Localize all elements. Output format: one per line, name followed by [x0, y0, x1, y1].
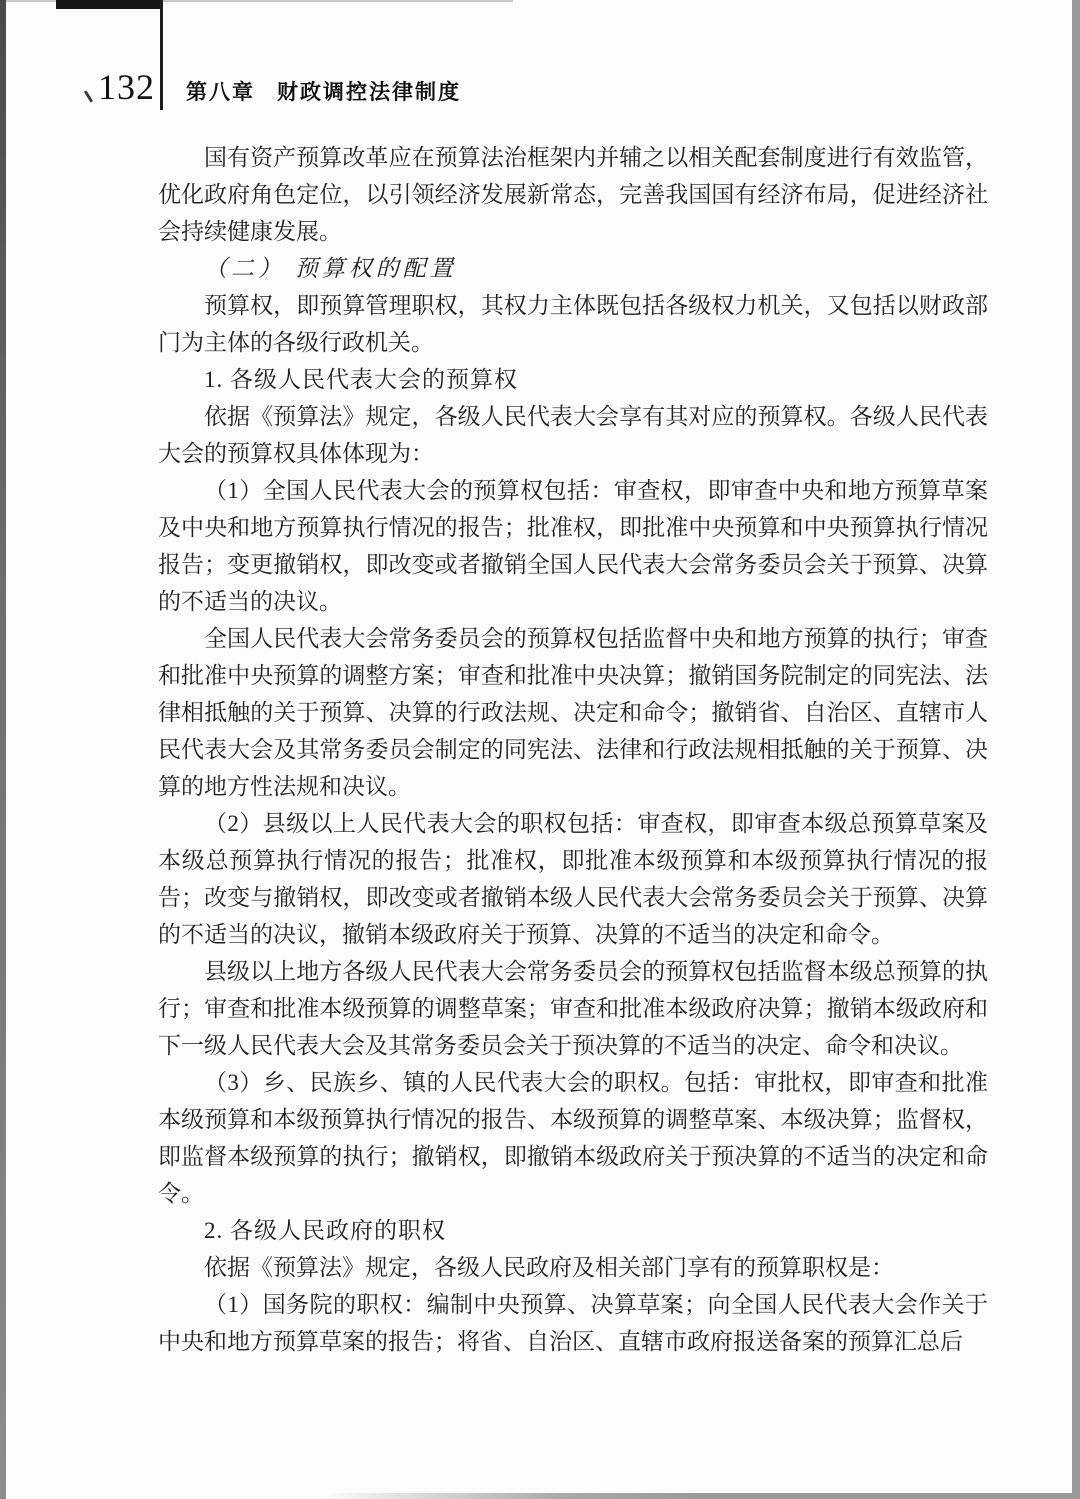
paragraph: 预算权，即预算管理职权，其权力主体既包括各级权力机关，又包括以财政部门为主体的各… — [158, 287, 988, 361]
scan-left-edge — [0, 0, 6, 1499]
paragraph: 县级以上地方各级人民代表大会常务委员会的预算权包括监督本级总预算的执行；审查和批… — [158, 953, 988, 1064]
scan-bottom-edge — [0, 1493, 1080, 1499]
paragraph: （2）县级以上人民代表大会的职权包括：审查权，即审查本级总预算草案及本级总预算执… — [158, 805, 988, 953]
numbered-heading: 2. 各级人民政府的职权 — [158, 1212, 988, 1249]
section-heading: （二） 预算权的配置 — [158, 250, 988, 287]
scan-right-edge — [1072, 0, 1080, 1499]
running-header: 第八章财政调控法律制度 — [186, 76, 461, 106]
numbered-heading: 1. 各级人民代表大会的预算权 — [158, 361, 988, 398]
book-page: 132 第八章财政调控法律制度 国有资产预算改革应在预算法治框架内并辅之以相关配… — [0, 0, 1080, 1499]
paragraph: （1）全国人民代表大会的预算权包括：审查权，即审查中央和地方预算草案及中央和地方… — [158, 472, 988, 620]
chapter-label: 第八章 — [186, 81, 255, 104]
scan-top-bar — [56, 0, 160, 9]
paragraph: 全国人民代表大会常务委员会的预算权包括监督中央和地方预算的执行；审查和批准中央预… — [158, 620, 988, 805]
pencil-tick-mark — [84, 90, 93, 103]
paragraph: 依据《预算法》规定，各级人民代表大会享有其对应的预算权。各级人民代表大会的预算权… — [158, 398, 988, 472]
paragraph: 国有资产预算改革应在预算法治框架内并辅之以相关配套制度进行有效监管，优化政府角色… — [158, 139, 988, 250]
header-divider-rule — [160, 0, 163, 110]
chapter-title: 财政调控法律制度 — [277, 81, 461, 104]
paragraph: （3）乡、民族乡、镇的人民代表大会的职权。包括：审批权，即审查和批准本级预算和本… — [158, 1064, 988, 1212]
page-body: 国有资产预算改革应在预算法治框架内并辅之以相关配套制度进行有效监管，优化政府角色… — [158, 139, 988, 1360]
paragraph: （1）国务院的职权：编制中央预算、决算草案；向全国人民代表大会作关于中央和地方预… — [158, 1286, 988, 1360]
page-number: 132 — [98, 66, 155, 108]
paragraph: 依据《预算法》规定，各级人民政府及相关部门享有的预算职权是： — [158, 1249, 988, 1286]
